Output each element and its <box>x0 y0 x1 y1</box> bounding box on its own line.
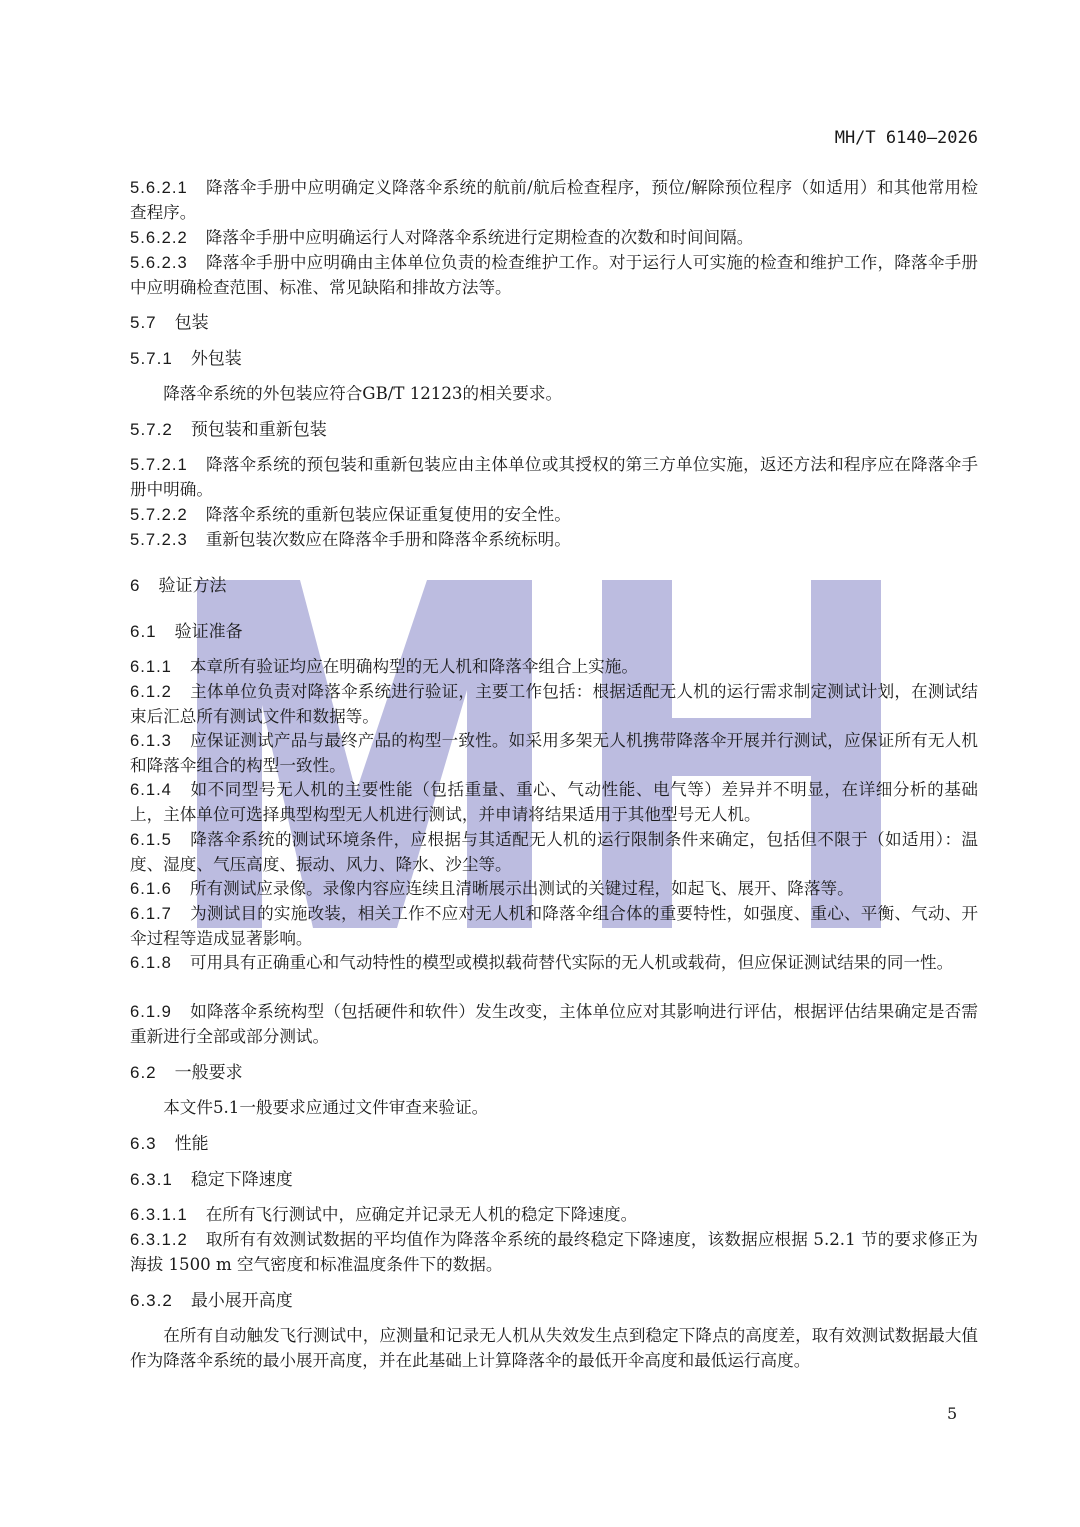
clause-text: 稳定下降速度 <box>191 1170 293 1190</box>
clause-number: 6.3.1.1 <box>130 1203 188 1228</box>
clause-paragraph: 6.1.8可用具有正确重心和气动特性的模型或模拟载荷替代实际的无人机或载荷，但应… <box>130 951 978 976</box>
clause-text: 降落伞手册中应明确运行人对降落伞系统进行定期检查的次数和时间间隔。 <box>206 228 754 247</box>
clause-text: 降落伞手册中应明确定义降落伞系统的航前/航后检查程序，预位/解除预位程序（如适用… <box>130 178 978 222</box>
clause-number: 6.1.5 <box>130 828 172 853</box>
clause-text: 为测试目的实施改装，相关工作不应对无人机和降落伞组合体的重要特性，如强度、重心、… <box>130 904 978 948</box>
document-page: MH/T 6140—2026 5.6.2.1降落伞手册中应明确定义降落伞系统的航… <box>0 0 1080 1527</box>
section-heading: 6.3.1稳定下降速度 <box>130 1168 978 1193</box>
section-heading: 6.3性能 <box>130 1132 978 1157</box>
clause-paragraph: 5.7.2.2降落伞系统的重新包装应保证重复使用的安全性。 <box>130 503 978 528</box>
section-heading: 5.7.2预包装和重新包装 <box>130 418 978 443</box>
clause-number: 6.1.7 <box>130 902 172 927</box>
clause-text: 外包装 <box>191 349 242 369</box>
clause-text: 如不同型号无人机的主要性能（包括重量、重心、气动性能、电气等）差异并不明显，在详… <box>130 780 978 824</box>
clause-text: 验证准备 <box>175 622 243 642</box>
clause-number: 6.2 <box>130 1061 157 1086</box>
clause-text: 主体单位负责对降落伞系统进行验证，主要工作包括：根据适配无人机的运行需求制定测试… <box>130 682 978 726</box>
clause-paragraph: 6.1.2主体单位负责对降落伞系统进行验证，主要工作包括：根据适配无人机的运行需… <box>130 680 978 729</box>
section-heading: 6.3.2最小展开高度 <box>130 1289 978 1314</box>
clause-text: 验证方法 <box>158 576 226 596</box>
body-paragraph: 降落伞系统的外包装应符合GB/T 12123的相关要求。 <box>130 382 978 407</box>
clause-number: 5.6.2.1 <box>130 176 188 201</box>
clause-number: 6.3.1.2 <box>130 1228 188 1253</box>
clause-number: 6.1.6 <box>130 877 172 902</box>
clause-text: 如降落伞系统构型（包括硬件和软件）发生改变，主体单位应对其影响进行评估，根据评估… <box>130 1002 978 1046</box>
clause-paragraph: 5.6.2.2降落伞手册中应明确运行人对降落伞系统进行定期检查的次数和时间间隔。 <box>130 226 978 251</box>
clause-paragraph: 6.1.4如不同型号无人机的主要性能（包括重量、重心、气动性能、电气等）差异并不… <box>130 778 978 827</box>
clause-text: 应保证测试产品与最终产品的构型一致性。如采用多架无人机携带降落伞开展并行测试，应… <box>130 731 978 775</box>
clause-paragraph: 5.7.2.3重新包装次数应在降落伞手册和降落伞系统标明。 <box>130 528 978 553</box>
clause-paragraph: 5.7.2.1降落伞系统的预包装和重新包装应由主体单位或其授权的第三方单位实施，… <box>130 453 978 502</box>
clause-text: 降落伞系统的预包装和重新包装应由主体单位或其授权的第三方单位实施，返还方法和程序… <box>130 455 978 499</box>
clause-text: 包装 <box>175 313 209 333</box>
body-paragraph: 本文件5.1一般要求应通过文件审查来验证。 <box>130 1096 978 1121</box>
section-heading: 5.7包装 <box>130 311 978 336</box>
clause-number: 6.1.8 <box>130 951 172 976</box>
clause-paragraph: 6.1.5降落伞系统的测试环境条件，应根据与其适配无人机的运行限制条件来确定，包… <box>130 828 978 877</box>
clause-paragraph: 6.1.3应保证测试产品与最终产品的构型一致性。如采用多架无人机携带降落伞开展并… <box>130 729 978 778</box>
clause-number: 6.3.1 <box>130 1168 173 1193</box>
clause-number: 6.1.4 <box>130 778 172 803</box>
clause-text: 本文件5.1一般要求应通过文件审查来验证。 <box>163 1098 488 1117</box>
clause-number: 5.7 <box>130 311 157 336</box>
clause-text: 可用具有正确重心和气动特性的模型或模拟载荷替代实际的无人机或载荷，但应保证测试结… <box>190 953 953 972</box>
clause-text: 所有测试应录像。录像内容应连续且清晰展示出测试的关键过程，如起飞、展开、降落等。 <box>190 879 854 898</box>
clause-text: 在所有飞行测试中，应确定并记录无人机的稳定下降速度。 <box>206 1205 637 1224</box>
clause-paragraph: 6.1.1本章所有验证均应在明确构型的无人机和降落伞组合上实施。 <box>130 655 978 680</box>
clause-number: 5.7.2.3 <box>130 528 188 553</box>
clause-number: 5.6.2.3 <box>130 251 188 276</box>
clause-text: 降落伞系统的外包装应符合GB/T 12123的相关要求。 <box>163 384 562 403</box>
clause-number: 6.3.2 <box>130 1289 173 1314</box>
clause-paragraph: 6.1.7为测试目的实施改装，相关工作不应对无人机和降落伞组合体的重要特性，如强… <box>130 902 978 951</box>
clause-text: 性能 <box>175 1134 209 1154</box>
clause-paragraph: 6.1.9如降落伞系统构型（包括硬件和软件）发生改变，主体单位应对其影响进行评估… <box>130 1000 978 1049</box>
clause-paragraph: 5.6.2.3降落伞手册中应明确由主体单位负责的检查维护工作。对于运行人可实施的… <box>130 251 978 300</box>
clause-paragraph: 5.6.2.1降落伞手册中应明确定义降落伞系统的航前/航后检查程序，预位/解除预… <box>130 176 978 225</box>
clause-text: 取所有有效测试数据的平均值作为降落伞系统的最终稳定下降速度，该数据应根据 5.2… <box>130 1230 978 1274</box>
section-heading: 6.1验证准备 <box>130 620 978 645</box>
clause-number: 5.7.2.2 <box>130 503 188 528</box>
clause-text: 一般要求 <box>175 1063 243 1083</box>
clause-paragraph: 6.3.1.2取所有有效测试数据的平均值作为降落伞系统的最终稳定下降速度，该数据… <box>130 1228 978 1277</box>
page-number: 5 <box>947 1404 957 1423</box>
clause-number: 6.1.3 <box>130 729 172 754</box>
clause-number: 5.7.1 <box>130 347 173 372</box>
section-heading: 6.2一般要求 <box>130 1061 978 1086</box>
clause-text: 预包装和重新包装 <box>191 420 327 440</box>
clause-text: 本章所有验证均应在明确构型的无人机和降落伞组合上实施。 <box>190 657 638 676</box>
clause-text: 重新包装次数应在降落伞手册和降落伞系统标明。 <box>206 530 571 549</box>
clause-text: 降落伞系统的重新包装应保证重复使用的安全性。 <box>206 505 571 524</box>
clause-text: 降落伞手册中应明确由主体单位负责的检查维护工作。对于运行人可实施的检查和维护工作… <box>130 253 978 297</box>
clause-number: 5.7.2 <box>130 418 173 443</box>
body-paragraph: 在所有自动触发飞行测试中，应测量和记录无人机从失效发生点到稳定下降点的高度差，取… <box>130 1324 978 1373</box>
clause-text: 最小展开高度 <box>191 1291 293 1311</box>
clause-number: 6.3 <box>130 1132 157 1157</box>
clause-text: 在所有自动触发飞行测试中，应测量和记录无人机从失效发生点到稳定下降点的高度差，取… <box>130 1326 978 1370</box>
clause-number: 6.1.2 <box>130 680 172 705</box>
clause-number: 5.6.2.2 <box>130 226 188 251</box>
clause-number: 5.7.2.1 <box>130 453 188 478</box>
clause-number: 6.1.1 <box>130 655 172 680</box>
clause-number: 6.1.9 <box>130 1000 172 1025</box>
clause-paragraph: 6.3.1.1在所有飞行测试中，应确定并记录无人机的稳定下降速度。 <box>130 1203 978 1228</box>
clause-number: 6.1 <box>130 620 157 645</box>
clause-text: 降落伞系统的测试环境条件，应根据与其适配无人机的运行限制条件来确定，包括但不限于… <box>130 830 978 874</box>
clause-number: 6 <box>130 574 140 599</box>
standard-code: MH/T 6140—2026 <box>835 128 978 148</box>
section-heading: 5.7.1外包装 <box>130 347 978 372</box>
clause-paragraph: 6.1.6所有测试应录像。录像内容应连续且清晰展示出测试的关键过程，如起飞、展开… <box>130 877 978 902</box>
section-heading: 6验证方法 <box>130 574 978 599</box>
